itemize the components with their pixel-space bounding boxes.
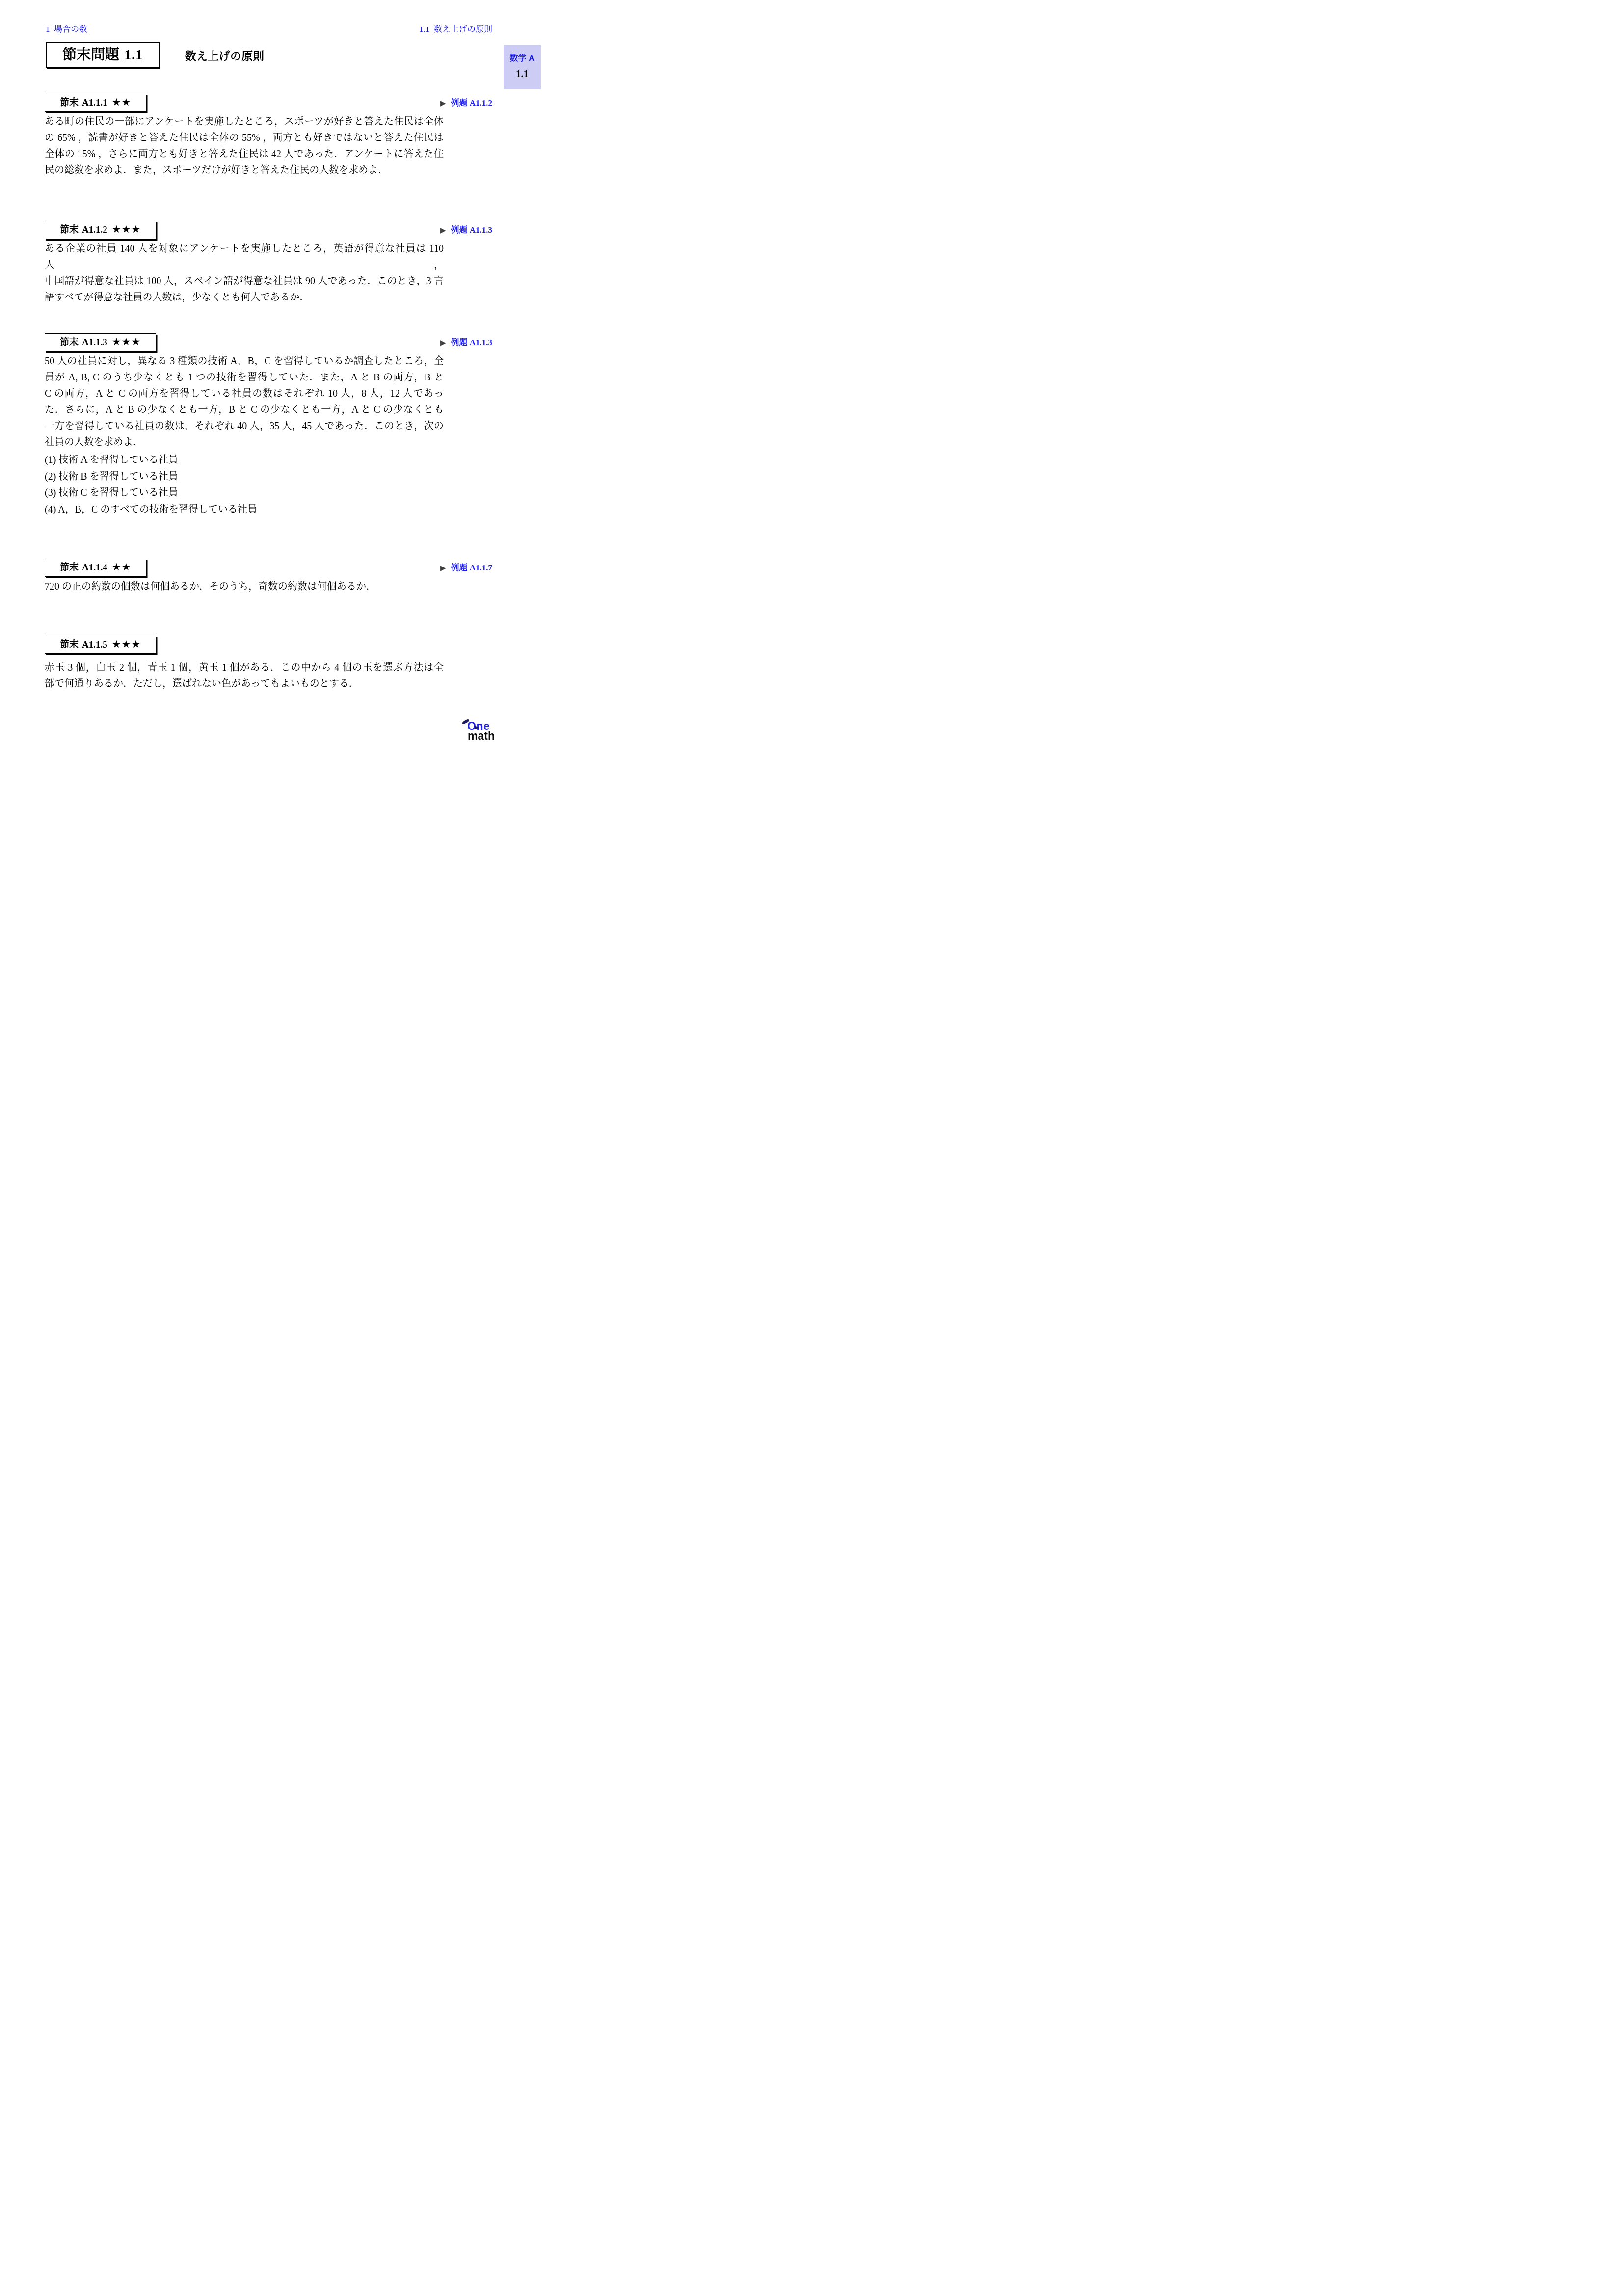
triangle-icon: ▶ (440, 227, 446, 234)
header-section: 1.1 数え上げの原則 (419, 25, 492, 34)
star-rating-icon: ★★★ (112, 336, 141, 348)
onemath-logo: One math (467, 722, 506, 741)
example-link-label: 例題 A1.1.7 (451, 563, 492, 573)
example-link-label: 例題 A1.1.2 (451, 98, 492, 108)
body-line: 語すべてが得意な社員の人数は，少なくとも何人であるか． (45, 290, 444, 306)
problem-label-prefix: 節末 (60, 225, 79, 235)
logo-line-one: One (467, 722, 506, 731)
side-tab-subject: 数学 A (504, 53, 541, 64)
star-rating-icon: ★★ (112, 561, 132, 573)
problem-body: 50 人の社員に対し，異なる 3 種類の技術 A，B，C を習得しているか調査し… (45, 353, 444, 451)
section-subtitle: 数え上げの原則 (185, 49, 264, 63)
problem-body: 720 の正の約数の個数は何個あるか．そのうち，奇数の約数は何個あるか． (45, 579, 444, 595)
problem-label-prefix: 節末 (60, 640, 79, 650)
logo-line-math: math (468, 731, 506, 741)
section-title-label: 節末問題 (62, 47, 119, 63)
problem-label-box: 節末A1.1.4★★ (45, 559, 146, 577)
problem-label-id: A1.1.3 (82, 337, 107, 348)
star-rating-icon: ★★★ (112, 638, 141, 650)
list-item: (3) 技術 C を習得している社員 (45, 485, 444, 502)
problem-label-id: A1.1.4 (82, 563, 107, 573)
side-tab: 数学 A 1.1 (504, 45, 541, 89)
body-line: の 65% ，読書が好きと答えた住民は全体の 55% ，両方とも好きではないと答… (45, 130, 444, 146)
list-item: (1) 技術 A を習得している社員 (45, 452, 444, 469)
arrow-icon (475, 726, 479, 729)
problem-label-id: A1.1.5 (82, 640, 107, 650)
example-link[interactable]: ▶ 例題 A1.1.3 (440, 225, 492, 236)
body-line: 部で何通りあるか．ただし，選ばれない色があってもよいものとする． (45, 676, 444, 692)
section-title-box: 節末問題1.1 (46, 42, 160, 68)
problem-label-prefix: 節末 (60, 563, 79, 573)
example-link[interactable]: ▶ 例題 A1.1.2 (440, 98, 492, 108)
problem-label-box: 節末A1.1.1★★ (45, 94, 146, 112)
body-line: 社員の人数を求めよ． (45, 434, 444, 451)
body-line: 赤玉 3 個，白玉 2 個，青玉 1 個，黄玉 1 個がある．この中から 4 個… (45, 660, 444, 676)
side-tab-number: 1.1 (504, 68, 541, 80)
problem-label-prefix: 節末 (60, 337, 79, 348)
body-line: C の両方，A と C の両方を習得している社員の数はそれぞれ 10 人，8 人… (45, 386, 444, 402)
problem-label-box: 節末A1.1.5★★★ (45, 636, 156, 654)
body-line: 720 の正の約数の個数は何個あるか．そのうち，奇数の約数は何個あるか． (45, 579, 444, 595)
problem-label-id: A1.1.2 (82, 225, 107, 235)
body-line: 50 人の社員に対し，異なる 3 種類の技術 A，B，C を習得しているか調査し… (45, 353, 444, 370)
textbook-page: 1 場合の数 1.1 数え上げの原則 節末問題1.1 数え上げの原則 数学 A … (0, 0, 541, 765)
problem-label-prefix: 節末 (60, 98, 79, 108)
example-link[interactable]: ▶ 例題 A1.1.3 (440, 337, 492, 348)
body-line: 一方を習得している社員の数は，それぞれ 40 人，35 人，45 人であった．こ… (45, 418, 444, 434)
problem-label-box: 節末A1.1.3★★★ (45, 333, 156, 351)
example-link-label: 例題 A1.1.3 (451, 225, 492, 236)
header-chapter: 1 場合の数 (46, 25, 87, 34)
problem-body: ある企業の社員 140 人を対象にアンケートを実施したところ，英語が得意な社員は… (45, 241, 444, 306)
body-line: 全体の 15% ，さらに両方とも好きと答えた住民は 42 人であった．アンケート… (45, 146, 444, 162)
star-rating-icon: ★★ (112, 96, 132, 108)
list-item: (4) A，B，C のすべての技術を習得している社員 (45, 502, 444, 518)
star-rating-icon: ★★★ (112, 223, 141, 235)
problem-subquestions: (1) 技術 A を習得している社員(2) 技術 B を習得している社員(3) … (45, 452, 444, 518)
list-item: (2) 技術 B を習得している社員 (45, 469, 444, 486)
problem-body: 赤玉 3 個，白玉 2 個，青玉 1 個，黄玉 1 個がある．この中から 4 個… (45, 660, 444, 692)
body-line: ある町の住民の一部にアンケートを実施したところ，スポーツが好きと答えた住民は全体 (45, 114, 444, 130)
triangle-icon: ▶ (440, 565, 446, 572)
problem-label-box: 節末A1.1.2★★★ (45, 221, 156, 239)
body-line: 民の総数を求めよ．また，スポーツだけが好きと答えた住民の人数を求めよ． (45, 162, 444, 179)
body-line: ある企業の社員 140 人を対象にアンケートを実施したところ，英語が得意な社員は… (45, 241, 444, 273)
problem-label-id: A1.1.1 (82, 98, 107, 108)
body-line: た．さらに，A と B の少なくとも一方，B と C の少なくとも一方，A と … (45, 402, 444, 418)
problem-body: ある町の住民の一部にアンケートを実施したところ，スポーツが好きと答えた住民は全体… (45, 114, 444, 179)
body-line: 員が A, B, C のうち少なくとも 1 つの技術を習得していた．また，A と… (45, 370, 444, 386)
section-title-number: 1.1 (124, 47, 143, 63)
example-link-label: 例題 A1.1.3 (451, 337, 492, 348)
example-link[interactable]: ▶ 例題 A1.1.7 (440, 563, 492, 573)
body-line: 中国語が得意な社員は 100 人，スペイン語が得意な社員は 90 人であった．こ… (45, 273, 444, 290)
triangle-icon: ▶ (440, 100, 446, 107)
triangle-icon: ▶ (440, 339, 446, 347)
